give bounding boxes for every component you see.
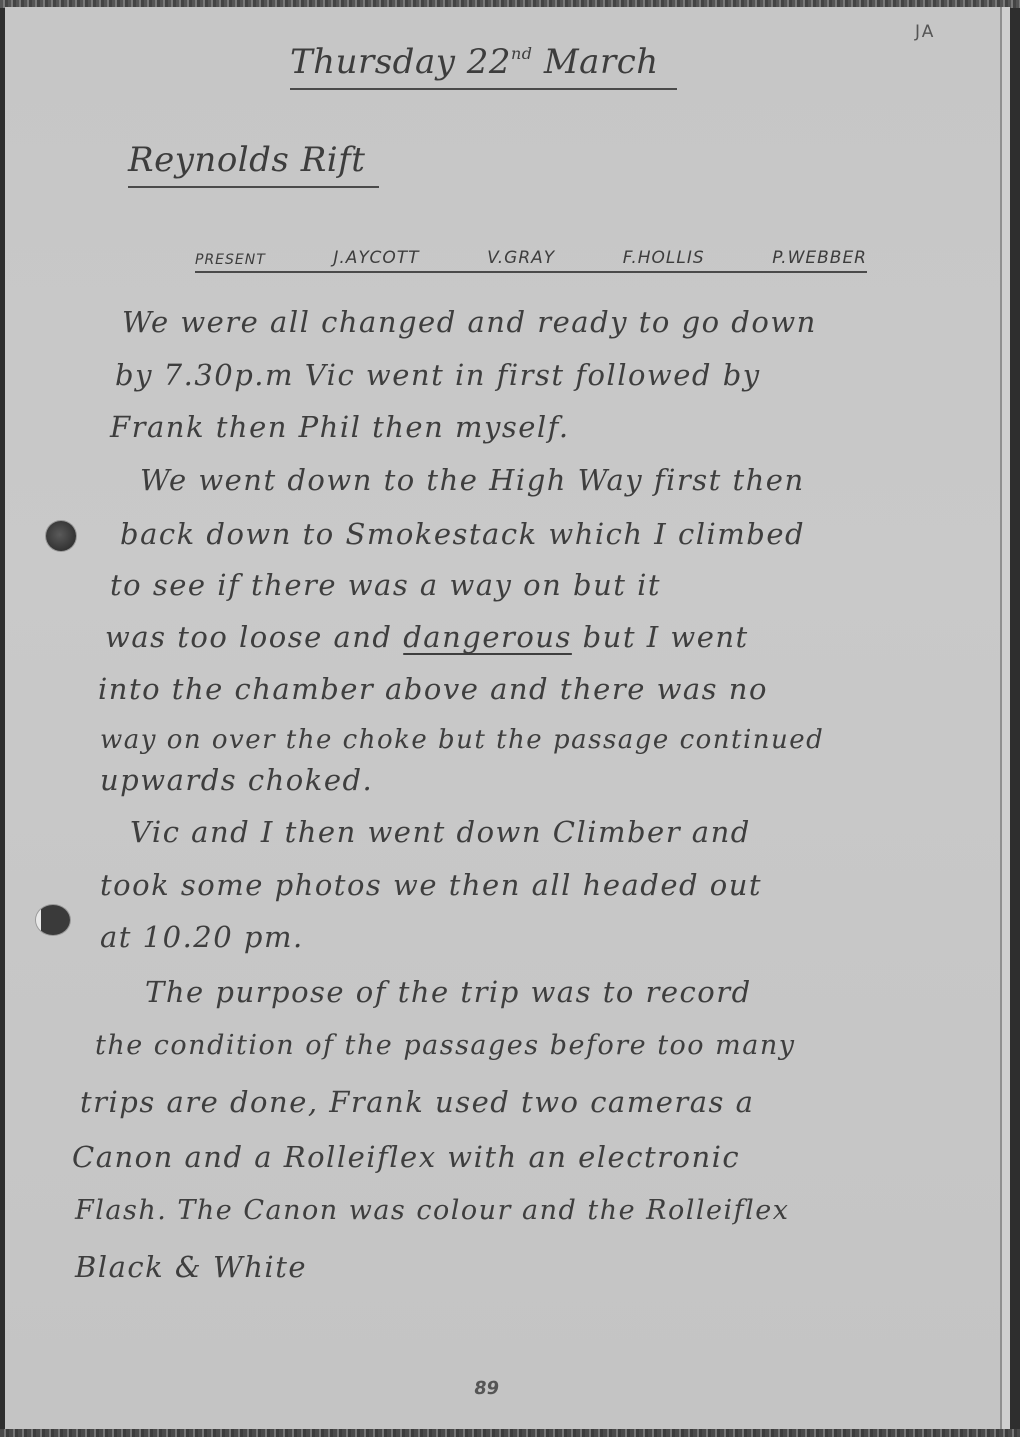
text-line: took some photos we then all headed out (100, 868, 762, 902)
text-line: way on over the choke but the passage co… (100, 725, 824, 755)
text-line: We went down to the High Way first then (140, 463, 805, 497)
date-ordinal: nd (511, 44, 533, 63)
text-line: at 10.20 pm. (100, 920, 304, 954)
text-line: to see if there was a way on but it (110, 568, 661, 602)
text-line: Flash. The Canon was colour and the Roll… (75, 1195, 789, 1226)
page-edge (1000, 7, 1010, 1437)
date-month: March (544, 42, 659, 82)
scanned-document: JA Thursday 22nd March Reynolds Rift PRE… (0, 0, 1020, 1437)
attendee: J.AYCOTT (333, 248, 419, 268)
attendee: V.GRAY (487, 248, 555, 268)
text-line: upwards choked. (100, 763, 373, 797)
text-fragment: was too loose and (105, 620, 393, 654)
punch-hole (36, 905, 70, 935)
text-line: was too loose and dangerous but I went (105, 620, 749, 654)
text-line: by 7.30p.m Vic went in first followed by (115, 358, 761, 392)
location-title: Reynolds Rift (128, 140, 379, 188)
scan-border-bottom (0, 1429, 1020, 1437)
text-line: We were all changed and ready to go down (122, 305, 817, 339)
present-label: PRESENT (195, 252, 266, 268)
text-line: Frank then Phil then myself. (110, 410, 570, 444)
attendee: F.HOLLIS (623, 248, 705, 268)
text-line: the condition of the passages before too… (95, 1030, 795, 1061)
emphasized-word: dangerous (403, 620, 572, 654)
text-line: back down to Smokestack which I climbed (120, 517, 805, 551)
text-line: trips are done, Frank used two cameras a (80, 1085, 754, 1119)
text-line: The purpose of the trip was to record (145, 975, 752, 1009)
date-day: Thursday 22 (290, 42, 511, 82)
text-line: Canon and a Rolleiflex with an electroni… (72, 1140, 740, 1174)
page-number: 89 (473, 1378, 501, 1399)
attendee: P.WEBBER (772, 248, 867, 268)
text-line: Black & White (75, 1250, 307, 1284)
text-line: into the chamber above and there was no (98, 672, 768, 706)
text-line: Vic and I then went down Climber and (130, 815, 751, 849)
text-fragment: but I went (583, 620, 749, 654)
punch-hole (46, 521, 76, 551)
attendees-row: PRESENT J.AYCOTT V.GRAY F.HOLLIS P.WEBBE… (195, 248, 867, 273)
author-initials: JA (915, 22, 935, 42)
date-heading: Thursday 22nd March (290, 42, 677, 90)
